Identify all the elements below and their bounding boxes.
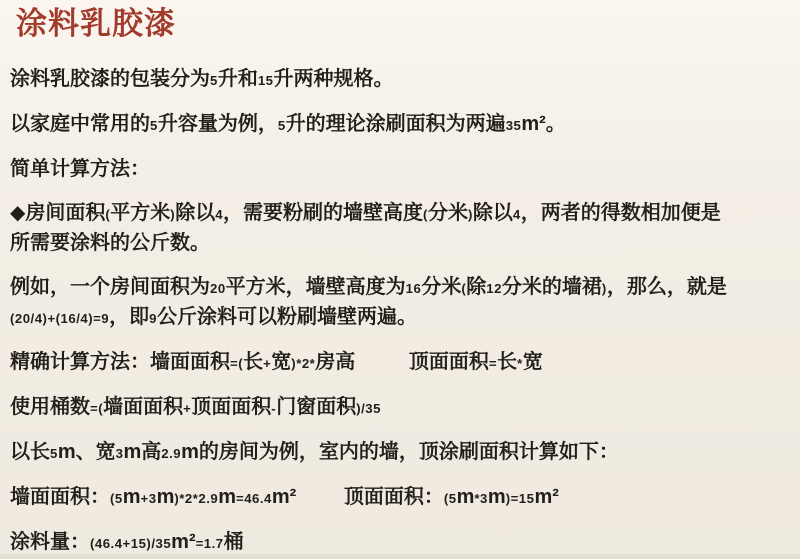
room-ceiling-area: 顶面面积：(5m*3m)=15m² xyxy=(344,486,559,508)
paragraph-simple-example: 例如，一个房间面积为20平方米，墙壁高度为16分米(除12分米的墙裙)，那么，就… xyxy=(10,273,788,333)
slide: 涂料乳胶漆 涂料乳胶漆的包装分为5升和15升两种规格。 以家庭中常用的5升容量为… xyxy=(0,0,800,559)
paragraph-room-areas: 墙面面积：(5m+3m)*2*2.9m=46.4m² 顶面面积：(5m*3m)=… xyxy=(10,483,788,513)
precise-ceiling-formula: 顶面面积=长*宽 xyxy=(409,351,543,373)
precise-wall-formula: 精确计算方法：墙面面积=(长+宽)*2*房高 xyxy=(10,351,355,373)
page-title: 涂料乳胶漆 xyxy=(16,6,788,42)
paragraph-intro: 涂料乳胶漆的包装分为5升和15升两种规格。 xyxy=(10,65,788,95)
simple-method-rule-line-2: 所需要涂料的公斤数。 xyxy=(10,229,788,258)
room-wall-area: 墙面面积：(5m+3m)*2*2.9m=46.4m² xyxy=(10,486,296,508)
paragraph-room-example-heading: 以长5m、宽3m高2.9m的房间为例，室内的墙，顶涂刷面积计算如下： xyxy=(10,438,788,468)
paragraph-bucket-formula: 使用桶数=(墙面面积+顶面面积-门窗面积)/35 xyxy=(10,393,788,423)
paragraph-simple-method-rule: ◆房间面积(平方米)除以4，需要粉刷的墙壁高度(分米)除以4，两者的得数相加便是… xyxy=(10,199,788,258)
paragraph-precise-method: 精确计算方法：墙面面积=(长+宽)*2*房高 顶面面积=长*宽 xyxy=(10,348,788,378)
paragraph-capacity-example: 以家庭中常用的5升容量为例，5升的理论涂刷面积为两遍35m²。 xyxy=(10,110,788,140)
heading-simple-method: 简单计算方法： xyxy=(10,155,788,184)
simple-example-line-1: 例如，一个房间面积为20平方米，墙壁高度为16分米(除12分米的墙裙)，那么，就… xyxy=(10,273,788,303)
simple-method-rule-line-1: ◆房间面积(平方米)除以4，需要粉刷的墙壁高度(分米)除以4，两者的得数相加便是 xyxy=(10,199,788,229)
bottom-edge xyxy=(0,554,800,559)
simple-example-line-2: (20/4)+(16/4)=9，即9公斤涂料可以粉刷墙壁两遍。 xyxy=(10,303,788,333)
